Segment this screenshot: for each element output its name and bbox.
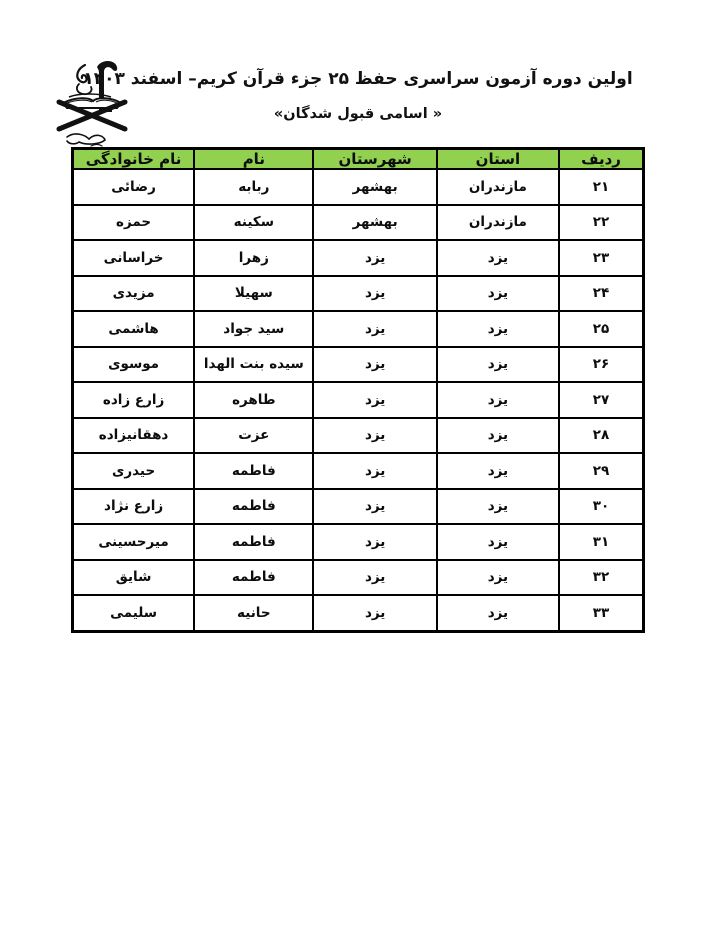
column-header-province: استان [437, 149, 559, 170]
table-cell-city: بهشهر [313, 169, 436, 205]
table-cell-name: حانیه [194, 595, 313, 632]
document-page: اولین دوره آزمون سراسری حفظ ۲۵ جزء قرآن … [0, 0, 717, 938]
table-cell-family: دهقانیزاده [73, 418, 195, 454]
table-cell-family: مزیدی [73, 276, 195, 312]
table-cell-province: یزد [437, 311, 559, 347]
table-cell-province: یزد [437, 560, 559, 596]
table-row: ۳۰یزدیزدفاطمهزارع نژاد [73, 489, 644, 525]
table-cell-radif: ۳۰ [559, 489, 644, 525]
table-cell-family: موسوی [73, 347, 195, 383]
table-cell-name: فاطمه [194, 453, 313, 489]
header-block: اولین دوره آزمون سراسری حفظ ۲۵ جزء قرآن … [71, 68, 645, 122]
table-cell-family: سلیمی [73, 595, 195, 632]
page-subtitle: « اسامی قبول شدگان» [71, 106, 645, 122]
table-cell-province: مازندران [437, 205, 559, 241]
accepted-list-table: ردیف استان شهرستان نام نام خانوادگی ۲۱ما… [71, 147, 645, 633]
table-cell-province: یزد [437, 276, 559, 312]
table-cell-city: یزد [313, 453, 436, 489]
table-cell-city: یزد [313, 524, 436, 560]
table-row: ۲۳یزدیزدزهراخراسانی [73, 240, 644, 276]
page-title: اولین دوره آزمون سراسری حفظ ۲۵ جزء قرآن … [71, 68, 645, 92]
column-header-radif: ردیف [559, 149, 644, 170]
table-row: ۲۵یزدیزدسید جوادهاشمی [73, 311, 644, 347]
results-table-body: ۲۱مازندرانبهشهرربابهرضائی۲۲مازندرانبهشهر… [73, 169, 644, 632]
table-row: ۲۸یزدیزدعزتدهقانیزاده [73, 418, 644, 454]
table-cell-name: ربابه [194, 169, 313, 205]
table-cell-city: یزد [313, 560, 436, 596]
table-cell-name: فاطمه [194, 524, 313, 560]
table-cell-radif: ۲۱ [559, 169, 644, 205]
table-cell-city: یزد [313, 489, 436, 525]
table-cell-radif: ۲۷ [559, 382, 644, 418]
table-cell-city: یزد [313, 276, 436, 312]
table-cell-name: سهیلا [194, 276, 313, 312]
table-cell-city: یزد [313, 418, 436, 454]
table-cell-city: یزد [313, 240, 436, 276]
table-row: ۳۳یزدیزدحانیهسلیمی [73, 595, 644, 632]
table-cell-family: خراسانی [73, 240, 195, 276]
table-cell-family: میرحسینی [73, 524, 195, 560]
column-header-family: نام خانوادگی [73, 149, 195, 170]
table-cell-province: یزد [437, 382, 559, 418]
table-cell-radif: ۲۸ [559, 418, 644, 454]
table-cell-name: سید جواد [194, 311, 313, 347]
table-row: ۳۱یزدیزدفاطمهمیرحسینی [73, 524, 644, 560]
table-cell-family: زارع نژاد [73, 489, 195, 525]
table-cell-province: مازندران [437, 169, 559, 205]
table-cell-name: عزت [194, 418, 313, 454]
table-row: ۲۶یزدیزدسیده بنت الهداموسوی [73, 347, 644, 383]
column-header-name: نام [194, 149, 313, 170]
table-cell-radif: ۲۹ [559, 453, 644, 489]
table-cell-radif: ۲۴ [559, 276, 644, 312]
table-cell-name: طاهره [194, 382, 313, 418]
table-cell-province: یزد [437, 524, 559, 560]
table-row: ۲۷یزدیزدطاهرهزارع زاده [73, 382, 644, 418]
column-header-city: شهرستان [313, 149, 436, 170]
table-cell-radif: ۲۳ [559, 240, 644, 276]
table-row: ۲۹یزدیزدفاطمهحیدری [73, 453, 644, 489]
table-cell-radif: ۲۲ [559, 205, 644, 241]
table-cell-radif: ۳۱ [559, 524, 644, 560]
table-cell-province: یزد [437, 595, 559, 632]
table-cell-radif: ۲۶ [559, 347, 644, 383]
table-cell-radif: ۳۳ [559, 595, 644, 632]
table-cell-name: زهرا [194, 240, 313, 276]
table-cell-province: یزد [437, 347, 559, 383]
table-cell-province: یزد [437, 240, 559, 276]
table-cell-family: حمزه [73, 205, 195, 241]
table-cell-city: یزد [313, 347, 436, 383]
table-cell-province: یزد [437, 453, 559, 489]
table-cell-family: هاشمی [73, 311, 195, 347]
table-row: ۳۲یزدیزدفاطمهشایق [73, 560, 644, 596]
table-header-row: ردیف استان شهرستان نام نام خانوادگی [73, 149, 644, 170]
table-cell-family: شایق [73, 560, 195, 596]
table-cell-city: یزد [313, 382, 436, 418]
table-cell-name: فاطمه [194, 489, 313, 525]
table-cell-province: یزد [437, 489, 559, 525]
table-cell-family: زارع زاده [73, 382, 195, 418]
table-cell-radif: ۲۵ [559, 311, 644, 347]
table-cell-city: یزد [313, 595, 436, 632]
table-row: ۲۴یزدیزدسهیلامزیدی [73, 276, 644, 312]
table-cell-name: فاطمه [194, 560, 313, 596]
table-cell-family: رضائی [73, 169, 195, 205]
table-cell-city: بهشهر [313, 205, 436, 241]
table-cell-city: یزد [313, 311, 436, 347]
table-cell-family: حیدری [73, 453, 195, 489]
table-row: ۲۱مازندرانبهشهرربابهرضائی [73, 169, 644, 205]
table-cell-province: یزد [437, 418, 559, 454]
table-cell-radif: ۳۲ [559, 560, 644, 596]
table-row: ۲۲مازندرانبهشهرسکینهحمزه [73, 205, 644, 241]
table-cell-name: سیده بنت الهدا [194, 347, 313, 383]
table-cell-name: سکینه [194, 205, 313, 241]
